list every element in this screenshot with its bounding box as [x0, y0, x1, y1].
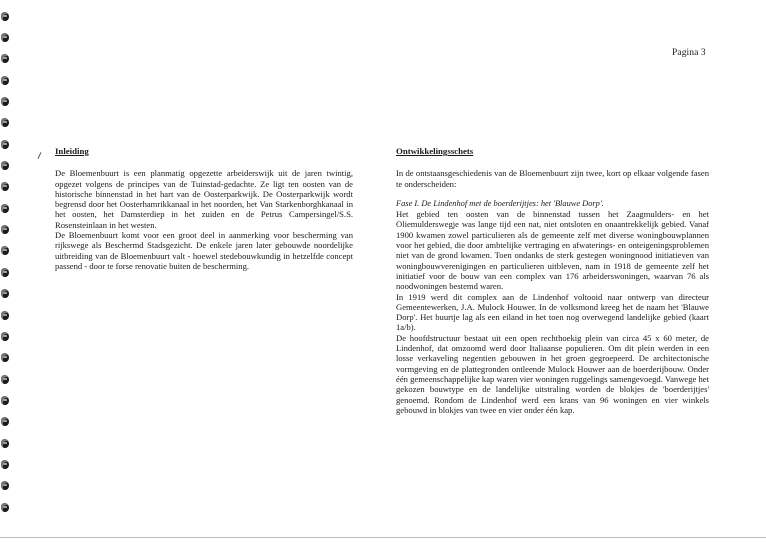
- document-page: Pagina 3 Inleiding De Bloemenbuurt is ee…: [0, 0, 766, 543]
- page-bottom-edge: [0, 537, 766, 538]
- binding-hole-icon: [1, 140, 9, 149]
- phase-subheading: Fase I. De Lindenhof met de boerderijtje…: [396, 199, 709, 209]
- binding-hole-icon: [1, 76, 9, 85]
- binding-hole-icon: [1, 182, 9, 191]
- binding-hole-icon: [1, 481, 9, 490]
- section-heading-inleiding: Inleiding: [55, 146, 353, 156]
- binding-hole-icon: [1, 332, 9, 341]
- binding-hole-icon: [1, 246, 9, 255]
- binding-hole-icon: [1, 54, 9, 63]
- binding-hole-icon: [1, 225, 9, 234]
- paragraph: Het gebied ten oosten van de binnenstad …: [396, 209, 709, 291]
- stray-pen-mark: [38, 152, 42, 159]
- section-heading-ontwikkelingsschets: Ontwikkelingsschets: [396, 146, 709, 156]
- binding-hole-icon: [1, 375, 9, 384]
- binding-hole-icon: [1, 417, 9, 426]
- binding-hole-icon: [1, 12, 9, 21]
- binding-hole-icon: [1, 353, 9, 362]
- binding-holes: [0, 0, 14, 543]
- left-column: Inleiding De Bloemenbuurt is een planmat…: [55, 146, 353, 271]
- binding-hole-icon: [1, 97, 9, 106]
- binding-hole-icon: [1, 439, 9, 448]
- binding-hole-icon: [1, 503, 9, 512]
- paragraph: In 1919 werd dit complex aan de Lindenho…: [396, 292, 709, 333]
- binding-hole-icon: [1, 396, 9, 405]
- right-column: Ontwikkelingsschets In de ontstaansgesch…: [396, 146, 709, 415]
- binding-hole-icon: [1, 118, 9, 127]
- intro-paragraph: In de ontstaansgeschiedenis van de Bloem…: [396, 168, 709, 189]
- binding-hole-icon: [1, 204, 9, 213]
- binding-hole-icon: [1, 460, 9, 469]
- paragraph: De hoofdstructuur bestaat uit een open r…: [396, 333, 709, 415]
- page-number: Pagina 3: [672, 48, 706, 58]
- binding-hole-icon: [1, 311, 9, 320]
- binding-hole-icon: [1, 268, 9, 277]
- binding-hole-icon: [1, 289, 9, 298]
- binding-hole-icon: [1, 161, 9, 170]
- paragraph: De Bloemenbuurt is een planmatig opgezet…: [55, 168, 353, 230]
- binding-hole-icon: [1, 33, 9, 42]
- paragraph: De Bloemenbuurt komt voor een groot deel…: [55, 230, 353, 271]
